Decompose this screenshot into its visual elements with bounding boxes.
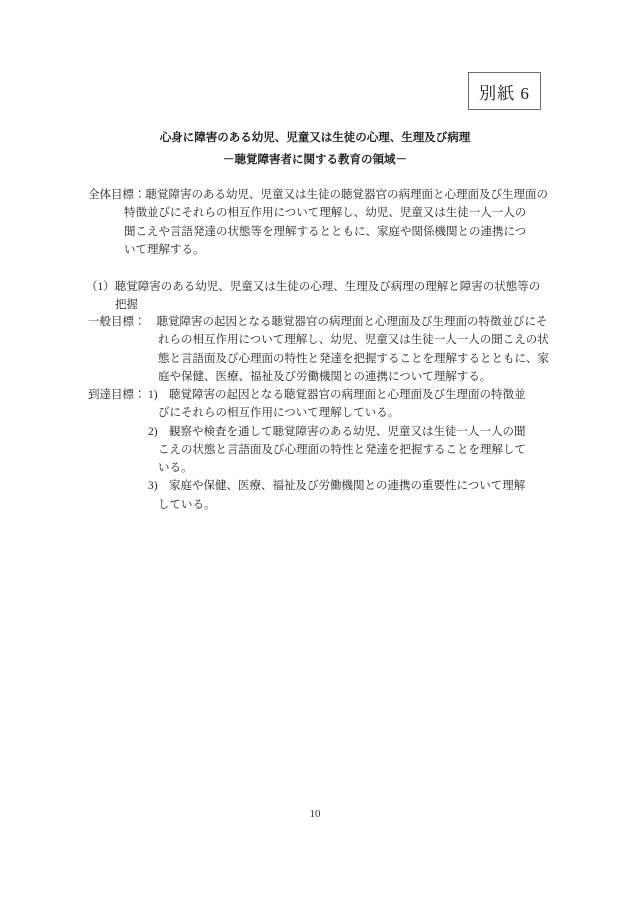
general-goal-line: れらの相互作用について理解し、幼児、児童又は生徒一人一人の聞こえの状 bbox=[0, 331, 630, 349]
general-goal-line: 一般目標：聴覚障害の起因となる聴覚器官の病理面と心理面及び生理面の特徴並びにそ bbox=[0, 313, 630, 331]
document-title: 心身に障害のある幼児、児童又は生徒の心理、生理及び病理 －聴覚障害者に関する教育… bbox=[0, 127, 630, 171]
overall-goal-line: 全体目標：聴覚障害のある幼児、児童又は生徒の聴覚器官の病理面と心理面及び生理面の bbox=[0, 186, 630, 204]
general-goal-line: 態と言語面及び心理面の特性と発達を把握することを理解するとともに、家 bbox=[0, 350, 630, 368]
attainment-item-text: 観察や検査を通して聴覚障害のある幼児、児童又は生徒一人一人の聞 bbox=[169, 423, 526, 441]
attainment-goal-line: こえの状態と言語面及び心理面の特性と発達を把握することを理解して bbox=[0, 441, 630, 459]
general-goal-block: 一般目標：聴覚障害の起因となる聴覚器官の病理面と心理面及び生理面の特徴並びにそ … bbox=[0, 313, 630, 386]
overall-goal-line: 特徴並びにそれらの相互作用について理解し、幼児、児童又は生徒一人一人の bbox=[0, 204, 630, 222]
attainment-item-number: 2) bbox=[148, 423, 158, 441]
general-goal-text: 聴覚障害の起因となる聴覚器官の病理面と心理面及び生理面の特徴並びにそ bbox=[157, 316, 548, 328]
general-goal-line: 庭や保健、医療、福祉及び労働機関との連携について理解する。 bbox=[0, 368, 630, 386]
section1-heading-line: 把握 bbox=[0, 296, 630, 314]
attainment-goal-block: 到達目標： 1) 聴覚障害の起因となる聴覚器官の病理面と心理面及び生理面の特徴並… bbox=[0, 386, 630, 514]
section1-heading-text: 聴覚障害のある幼児、児童又は生徒の心理、生理及び病理の理解と障害の状態等の bbox=[115, 281, 541, 293]
attainment-goal-label: 到達目標： bbox=[88, 386, 146, 404]
section1-number: （1） bbox=[86, 281, 115, 293]
section1-heading-block: （1）聴覚障害のある幼児、児童又は生徒の心理、生理及び病理の理解と障害の状態等の… bbox=[0, 278, 630, 315]
title-line-1: 心身に障害のある幼児、児童又は生徒の心理、生理及び病理 bbox=[0, 127, 630, 149]
overall-goal-line: いて理解する。 bbox=[0, 241, 630, 259]
attainment-goal-line: びにそれらの相互作用について理解している。 bbox=[0, 404, 630, 422]
overall-goal-text: 聴覚障害のある幼児、児童又は生徒の聴覚器官の病理面と心理面及び生理面の bbox=[146, 189, 549, 201]
title-line-2: －聴覚障害者に関する教育の領域－ bbox=[0, 149, 630, 171]
document-page: 別紙 6 心身に障害のある幼児、児童又は生徒の心理、生理及び病理 －聴覚障害者に… bbox=[0, 0, 630, 903]
attainment-item-text: 家庭や保健、医療、福祉及び労働機関との連携の重要性について理解 bbox=[169, 477, 525, 495]
attainment-item-number: 3) bbox=[148, 477, 158, 495]
attachment-label-box: 別紙 6 bbox=[468, 72, 541, 110]
attainment-goal-line: いる。 bbox=[0, 459, 630, 477]
section1-heading-line: （1）聴覚障害のある幼児、児童又は生徒の心理、生理及び病理の理解と障害の状態等の bbox=[0, 278, 630, 296]
attainment-item-text: 聴覚障害の起因となる聴覚器官の病理面と心理面及び生理面の特徴並 bbox=[169, 386, 526, 404]
overall-goal-line: 聞こえや言語発達の状態等を理解するとともに、家庭や関係機関との連携につ bbox=[0, 223, 630, 241]
attachment-label: 別紙 6 bbox=[479, 79, 530, 104]
attainment-goal-line: 3) 家庭や保健、医療、福祉及び労働機関との連携の重要性について理解 bbox=[0, 477, 630, 495]
attainment-goal-line: 2) 観察や検査を通して聴覚障害のある幼児、児童又は生徒一人一人の聞 bbox=[0, 423, 630, 441]
overall-goal-block: 全体目標：聴覚障害のある幼児、児童又は生徒の聴覚器官の病理面と心理面及び生理面の… bbox=[0, 186, 630, 259]
page-number: 10 bbox=[0, 808, 630, 820]
general-goal-label: 一般目標： bbox=[88, 316, 146, 328]
attainment-item-number: 1) bbox=[148, 386, 158, 404]
attainment-goal-line: 到達目標： 1) 聴覚障害の起因となる聴覚器官の病理面と心理面及び生理面の特徴並 bbox=[0, 386, 630, 404]
overall-goal-label: 全体目標： bbox=[88, 189, 146, 201]
attainment-goal-line: している。 bbox=[0, 496, 630, 514]
